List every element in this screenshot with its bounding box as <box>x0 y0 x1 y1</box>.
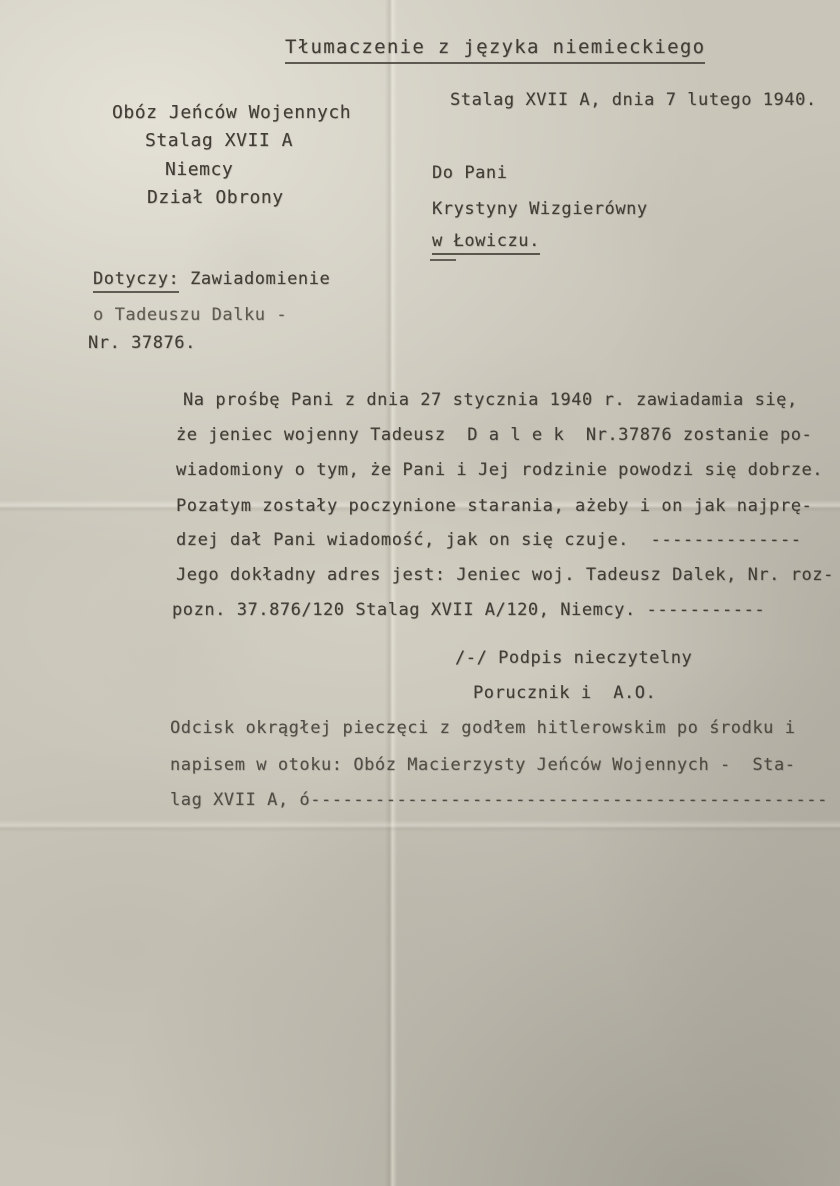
sender-line: Obóz Jeńców Wojennych <box>112 102 351 124</box>
document-title: Tłumaczenie z języka niemieckiego <box>285 36 705 64</box>
sender-line: Niemcy <box>165 159 233 181</box>
signature-line: /-/ Podpis nieczytelny <box>455 648 692 668</box>
document-photo: Tłumaczenie z języka niemieckiego Stalag… <box>0 0 840 1186</box>
subject-line: o Tadeuszu Dalku - <box>93 305 287 325</box>
body-line: Na prośbę Pani z dnia 27 stycznia 1940 r… <box>183 390 798 410</box>
body-line: pozn. 37.876/120 Stalag XVII A/120, Niem… <box>172 600 765 620</box>
sender-line: Dział Obrony <box>147 187 284 209</box>
horizontal-fold-crease-lower <box>0 820 840 832</box>
body-line: że jeniec wojenny Tadeusz D a l e k Nr.3… <box>176 425 812 445</box>
recipient-city: w Łowiczu. <box>432 231 540 255</box>
stamp-note-line: Odcisk okrągłej pieczęci z godłem hitler… <box>170 718 796 738</box>
recipient-line: w Łowiczu. <box>432 231 540 251</box>
body-line: Jego dokładny adres jest: Jeniec woj. Ta… <box>176 565 834 585</box>
sender-line: Stalag XVII A <box>145 130 293 152</box>
recipient-line: Do Pani <box>432 163 508 183</box>
vertical-fold-crease <box>385 0 397 1186</box>
body-line: dzej dał Pani wiadomość, jak on się czuj… <box>176 530 802 550</box>
stamp-note-line: lag XVII A, ó---------------------------… <box>170 790 828 810</box>
subject-intro: Zawiadomienie <box>179 269 330 289</box>
body-line: wiadomiony o tym, że Pani i Jej rodzinie… <box>176 460 823 480</box>
body-line: Pozatym zostały poczynione starania, aże… <box>176 496 812 516</box>
dateline: Stalag XVII A, dnia 7 lutego 1940. <box>450 90 817 110</box>
signature-line: Porucznik i A.O. <box>473 683 656 703</box>
subject-label: Dotyczy: <box>93 269 179 293</box>
stamp-note-line: napisem w otoku: Obóz Macierzysty Jeńców… <box>170 755 796 775</box>
paper-texture <box>0 0 840 1186</box>
subject-line: Dotyczy: Zawiadomienie <box>93 269 330 289</box>
subject-line: Nr. 37876. <box>88 333 196 353</box>
recipient-line: Krystyny Wizgierówny <box>432 199 648 219</box>
